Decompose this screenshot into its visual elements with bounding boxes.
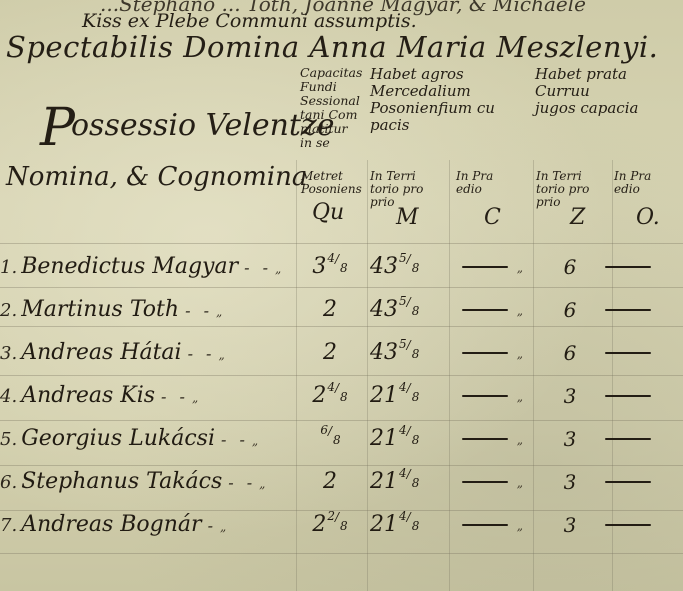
filler-dash: - -	[244, 258, 272, 277]
measure-cell: 2	[290, 460, 370, 503]
pratum-subheader-1: In Pra edio	[456, 170, 516, 196]
pratum-2-cell	[605, 417, 683, 460]
territory-cell: 435/8	[370, 288, 450, 331]
fraction-denominator: 8	[333, 433, 341, 447]
fraction-numerator: 5	[399, 251, 407, 265]
territory-2-cell: 6	[535, 288, 605, 331]
header-line: Posonienfium cu	[370, 100, 520, 117]
empty-dash	[462, 481, 508, 483]
table-row: 2.Martinus Toth- -„ 2 435/8 „ 6	[0, 288, 683, 331]
header-line: platitur	[300, 122, 360, 136]
filler-dash: -	[208, 516, 217, 535]
ditto-mark: „	[517, 347, 523, 361]
fraction-numerator: 5	[399, 337, 407, 351]
measure-unit: Qu	[312, 200, 344, 225]
fraction-denominator: 8	[340, 390, 348, 404]
row-number: 1.	[0, 257, 17, 278]
fraction-denominator: 8	[340, 261, 348, 275]
fraction-numerator: 4	[399, 466, 407, 480]
acres-whole: 21	[370, 512, 398, 537]
name-cell: 3.Andreas Hátai- -„	[0, 331, 290, 374]
name-cell: 7.Andreas Bognár-„	[0, 503, 290, 546]
measure-whole: 3	[312, 254, 326, 279]
territory-cell: 214/8	[370, 417, 450, 460]
territory-2-cell: 3	[535, 374, 605, 417]
fraction-denominator: 8	[412, 476, 420, 490]
territory-cell: 435/8	[370, 245, 450, 288]
fraction-denominator: 8	[412, 433, 420, 447]
acres-whole: 43	[370, 297, 398, 322]
pratum-2-cell	[605, 460, 683, 503]
fraction-numerator: 5	[399, 294, 407, 308]
acres-whole: 43	[370, 254, 398, 279]
fraction-denominator: 8	[412, 390, 420, 404]
acres-fraction: 4/8	[399, 424, 419, 438]
pratum-2-cell	[605, 374, 683, 417]
header-line: tani Com	[300, 108, 360, 122]
acres-whole: 21	[370, 426, 398, 451]
habet-prata-column-header: Habet prata Curruu jugos capacia	[535, 66, 683, 117]
empty-dash	[605, 266, 651, 268]
ruled-line	[0, 553, 683, 554]
measure-cell: 24/8	[290, 374, 370, 417]
acres-fraction: 4/8	[399, 467, 419, 481]
top-fragment-line-2: Kiss ex Plebe Communi assumptis.	[82, 10, 417, 32]
ditto-mark: „	[218, 348, 224, 362]
header-line: Habet prata	[535, 66, 683, 83]
acres-fraction: 5/8	[399, 338, 419, 352]
empty-dash	[605, 309, 651, 311]
pratum-2-cell	[605, 245, 683, 288]
ditto-mark: „	[517, 519, 523, 533]
row-number: 4.	[0, 386, 17, 407]
pratum-cell: „	[450, 460, 535, 503]
ledger-page-background: ...Stephano ... Toth, Joanne Magyar, & M…	[0, 0, 683, 591]
territory-cell: 435/8	[370, 331, 450, 374]
empty-dash	[462, 266, 508, 268]
territory-cell: 214/8	[370, 460, 450, 503]
person-name: Benedictus Magyar	[21, 254, 238, 279]
table-row: 7.Andreas Bognár-„ 22/8 214/8 „ 3	[0, 503, 683, 546]
filler-dash: - -	[228, 473, 256, 492]
header-line: Habet agros	[370, 66, 520, 83]
name-cell: 4.Andreas Kis- -„	[0, 374, 290, 417]
header-line: edio	[614, 183, 674, 196]
empty-dash	[462, 438, 508, 440]
measure-cell: 2	[290, 288, 370, 331]
header-line: Mercedalium	[370, 83, 520, 100]
row-number: 3.	[0, 343, 17, 364]
territory-2-cell: 3	[535, 460, 605, 503]
possessio-heading: Possessio Velentze	[40, 88, 335, 148]
territory-2-cell: 6	[535, 245, 605, 288]
acres-fraction: 5/8	[399, 252, 419, 266]
table-row: 5.Georgius Lukácsi- -„ 6/8 214/8 „ 3	[0, 417, 683, 460]
ditto-mark: „	[275, 262, 281, 276]
acres-whole: 21	[370, 383, 398, 408]
territory-subheader-2: In Terri torio pro prio	[536, 170, 606, 209]
pratum-cell: „	[450, 245, 535, 288]
ditto-mark: „	[517, 476, 523, 490]
person-name: Andreas Bognár	[21, 512, 201, 537]
territory-2-cell: 3	[535, 417, 605, 460]
names-column-header: Nomina, & Cognomina	[6, 162, 307, 192]
ledger-table: 1.Benedictus Magyar- -„ 34/8 435/8 „ 6 2…	[0, 245, 683, 546]
territory-cell: 214/8	[370, 374, 450, 417]
fraction-denominator: 8	[412, 261, 420, 275]
filler-dash: - -	[185, 301, 213, 320]
measure-whole: 2	[312, 512, 326, 537]
acres-whole: 43	[370, 340, 398, 365]
filler-dash: - -	[221, 430, 249, 449]
possessio-name: ossessio Velentze	[71, 108, 335, 143]
pratum-2-cell	[605, 331, 683, 374]
acres-fraction: 4/8	[399, 510, 419, 524]
empty-dash	[605, 438, 651, 440]
header-line: edio	[456, 183, 516, 196]
empty-dash	[462, 352, 508, 354]
table-row: 1.Benedictus Magyar- -„ 34/8 435/8 „ 6	[0, 245, 683, 288]
measure-cell: 6/8	[290, 417, 370, 460]
territory-unit-1: M	[396, 205, 419, 230]
fraction-numerator: 4	[327, 251, 335, 265]
empty-dash	[462, 309, 508, 311]
ditto-mark: „	[517, 304, 523, 318]
fraction-numerator: 4	[399, 509, 407, 523]
capacity-column-header: Capacitas Fundi Sessional tani Com plati…	[300, 66, 360, 150]
empty-dash	[462, 524, 508, 526]
territory-subheader-1: In Terri torio pro prio	[370, 170, 440, 209]
acres-fraction: 5/8	[399, 295, 419, 309]
empty-dash	[605, 395, 651, 397]
pratum-cell: „	[450, 374, 535, 417]
owner-title: Spectabilis Domina Anna Maria Meszlenyi.	[6, 30, 658, 64]
table-row: 4.Andreas Kis- -„ 24/8 214/8 „ 3	[0, 374, 683, 417]
row-number: 7.	[0, 515, 17, 536]
ditto-mark: „	[517, 390, 523, 404]
row-number: 2.	[0, 300, 17, 321]
empty-dash	[605, 524, 651, 526]
measure-fraction: 4/8	[327, 381, 347, 395]
empty-dash	[605, 352, 651, 354]
fraction-numerator: 6	[320, 423, 328, 437]
name-cell: 5.Georgius Lukácsi- -„	[0, 417, 290, 460]
fraction-numerator: 4	[399, 380, 407, 394]
ruled-line	[0, 243, 683, 244]
empty-dash	[605, 481, 651, 483]
fraction-denominator: 8	[412, 304, 420, 318]
pratum-unit-1: C	[484, 205, 501, 230]
territory-2-cell: 6	[535, 331, 605, 374]
measure-cell: 2	[290, 331, 370, 374]
fraction-numerator: 4	[399, 423, 407, 437]
measure-whole: 2	[323, 297, 337, 322]
person-name: Georgius Lukácsi	[21, 426, 215, 451]
acres-whole: 21	[370, 469, 398, 494]
territory-cell: 214/8	[370, 503, 450, 546]
fraction-denominator: 8	[412, 347, 420, 361]
person-name: Martinus Toth	[21, 297, 179, 322]
person-name: Andreas Hátai	[21, 340, 181, 365]
territory-2-cell: 3	[535, 503, 605, 546]
pratum-cell: „	[450, 331, 535, 374]
measure-subheader: Metret Posoniens	[301, 170, 367, 196]
pratum-2-cell	[605, 288, 683, 331]
header-line: Fundi	[300, 80, 360, 94]
person-name: Andreas Kis	[21, 383, 155, 408]
measure-fraction: 2/8	[327, 510, 347, 524]
table-row: 6.Stephanus Takács- -„ 2 214/8 „ 3	[0, 460, 683, 503]
fraction-numerator: 2	[327, 509, 335, 523]
name-cell: 1.Benedictus Magyar- -„	[0, 245, 290, 288]
ditto-mark: „	[517, 261, 523, 275]
ditto-mark: „	[220, 520, 226, 534]
territory-unit-2: Z	[570, 205, 585, 230]
fraction-denominator: 8	[340, 519, 348, 533]
row-number: 5.	[0, 429, 17, 450]
acres-fraction: 4/8	[399, 381, 419, 395]
measure-cell: 22/8	[290, 503, 370, 546]
table-row: 3.Andreas Hátai- -„ 2 435/8 „ 6	[0, 331, 683, 374]
header-line: Curruu	[535, 83, 683, 100]
measure-whole: 2	[312, 383, 326, 408]
measure-fraction: 6/8	[320, 424, 340, 438]
person-name: Stephanus Takács	[21, 469, 222, 494]
header-line: pacis	[370, 117, 520, 134]
ditto-mark: „	[517, 433, 523, 447]
measure-whole: 2	[323, 340, 337, 365]
header-line: Posoniens	[301, 183, 367, 196]
row-number: 6.	[0, 472, 17, 493]
measure-fraction: 4/8	[327, 252, 347, 266]
pratum-2-cell	[605, 503, 683, 546]
header-line: Sessional	[300, 94, 360, 108]
fraction-numerator: 4	[327, 380, 335, 394]
filler-dash: - -	[188, 344, 216, 363]
measure-cell: 34/8	[290, 245, 370, 288]
pratum-cell: „	[450, 288, 535, 331]
ditto-mark: „	[259, 477, 265, 491]
header-line: jugos capacia	[535, 100, 683, 117]
measure-whole: 2	[323, 469, 337, 494]
header-line: in se	[300, 136, 360, 150]
name-cell: 2.Martinus Toth- -„	[0, 288, 290, 331]
ditto-mark: „	[252, 434, 258, 448]
name-cell: 6.Stephanus Takács- -„	[0, 460, 290, 503]
ditto-mark: „	[192, 391, 198, 405]
filler-dash: - -	[161, 387, 189, 406]
decorated-initial: P	[40, 98, 75, 158]
empty-dash	[462, 395, 508, 397]
fraction-denominator: 8	[412, 519, 420, 533]
pratum-subheader-2: In Pra edio	[614, 170, 674, 196]
ditto-mark: „	[216, 305, 222, 319]
pratum-cell: „	[450, 503, 535, 546]
habet-agros-column-header: Habet agros Mercedalium Posonienfium cu …	[370, 66, 520, 134]
pratum-unit-2: O.	[636, 205, 660, 230]
header-line: Capacitas	[300, 66, 360, 80]
pratum-cell: „	[450, 417, 535, 460]
